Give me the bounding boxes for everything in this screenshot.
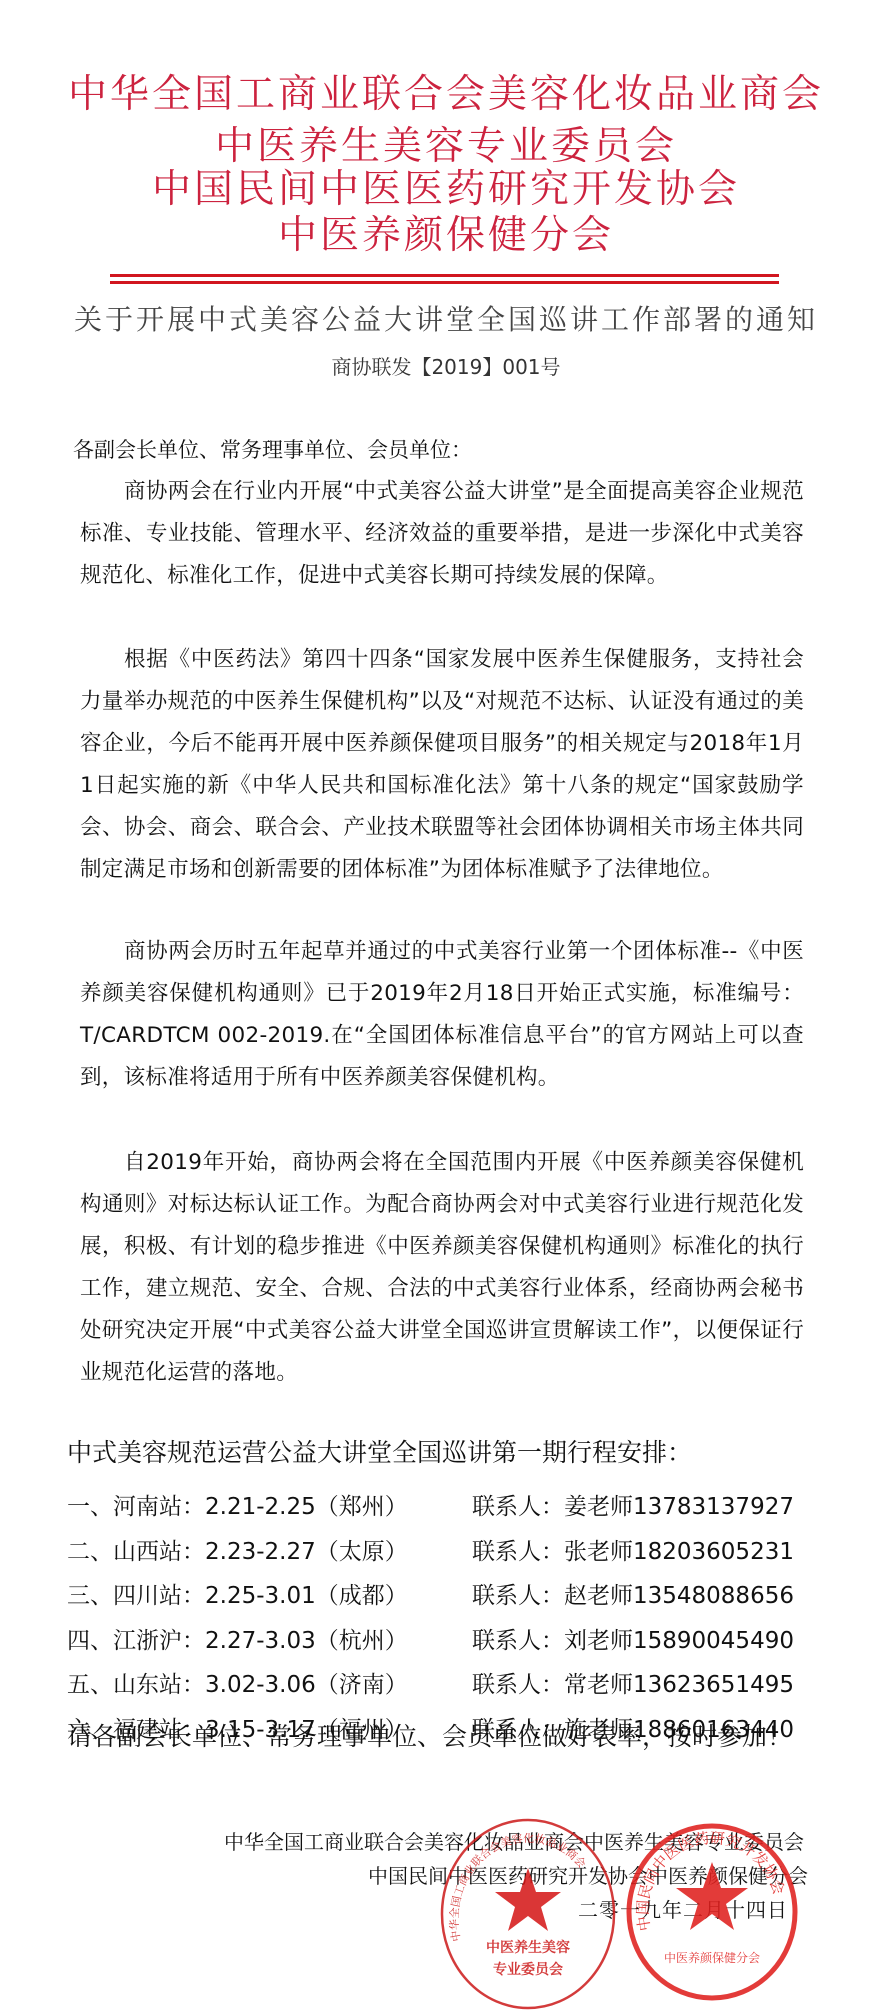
paragraph-text: 商协两会历时五年起草并通过的中式美容行业第一个团体标准--《中医养颜美容保健机构… [80,931,804,1099]
schedule-row: 二、山西站：2.23-2.27（太原） 联系人：张老师18203605231 [67,1535,847,1580]
station-info: 一、河南站：2.21-2.25（郑州） [67,1490,408,1524]
official-seal-1: 中华全国工商业联合会美容化妆品业商会 中医养生美容 专业委员会 [438,1816,618,2012]
schedule-list: 一、河南站：2.21-2.25（郑州） 联系人：姜老师13783137927 二… [67,1490,847,1757]
org-name-line-1: 中华全国工商业联合会美容化妆品业商会 [0,72,892,118]
org-name-line-3: 中国民间中医医药研究开发协会 [0,167,892,213]
body-paragraph-1: 商协两会在行业内开展“中式美容公益大讲堂”是全面提高美容企业规范标准、专业技能、… [80,471,804,597]
contact-info: 联系人：刘老师15890045490 [472,1624,794,1658]
station-info: 三、四川站：2.25-3.01（成都） [67,1579,408,1613]
contact-info: 联系人：姜老师13783137927 [472,1490,794,1524]
body-paragraph-4: 自2019年开始，商协两会将在全国范围内开展《中医养颜美容保健机构通则》对标达标… [80,1142,804,1394]
document-number: 商协联发【2019】001号 [0,352,892,382]
schedule-row: 三、四川站：2.25-3.01（成都） 联系人：赵老师13548088656 [67,1579,847,1624]
contact-info: 联系人：张老师18203605231 [472,1535,794,1569]
body-paragraph-2: 根据《中医药法》第四十四条“国家发展中医养生保健服务，支持社会力量举办规范的中医… [80,639,804,891]
station-info: 四、江浙沪：2.27-3.03（杭州） [67,1624,408,1658]
document-title: 关于开展中式美容公益大讲堂全国巡讲工作部署的通知 [0,300,892,340]
official-seal-2: 中国民间中医医药研究开发协会 中医养颜保健分会 [624,1822,800,2002]
seal-icon: 中国民间中医医药研究开发协会 中医养颜保健分会 [624,1822,800,2002]
station-info: 二、山西站：2.23-2.27（太原） [67,1535,408,1569]
red-rule-bottom [110,281,779,284]
schedule-row: 五、山东站：3.02-3.06（济南） 联系人：常老师13623651495 [67,1668,847,1713]
contact-info: 联系人：常老师13623651495 [472,1668,794,1702]
paragraph-text: 自2019年开始，商协两会将在全国范围内开展《中医养颜美容保健机构通则》对标达标… [80,1142,804,1394]
closing-statement: 请各副会长单位、常务理事单位、会员单位做好表率，按时参加！ [67,1720,792,1754]
contact-info: 联系人：赵老师13548088656 [472,1579,794,1613]
svg-text:专业委员会: 专业委员会 [493,1961,563,1978]
salutation: 各副会长单位、常务理事单位、会员单位： [73,436,472,464]
paragraph-text: 商协两会在行业内开展“中式美容公益大讲堂”是全面提高美容企业规范标准、专业技能、… [80,471,804,597]
svg-text:中医养颜保健分会: 中医养颜保健分会 [664,1950,760,1965]
schedule-row: 一、河南站：2.21-2.25（郑州） 联系人：姜老师13783137927 [67,1490,847,1535]
seal-icon: 中华全国工商业联合会美容化妆品业商会 中医养生美容 专业委员会 [438,1816,618,2012]
svg-text:中医养生美容: 中医养生美容 [486,1939,570,1956]
body-paragraph-3: 商协两会历时五年起草并通过的中式美容行业第一个团体标准--《中医养颜美容保健机构… [80,931,804,1099]
station-info: 五、山东站：3.02-3.06（济南） [67,1668,408,1702]
org-name-line-2: 中医养生美容专业委员会 [0,124,892,170]
red-rule-top [110,274,779,277]
schedule-row: 四、江浙沪：2.27-3.03（杭州） 联系人：刘老师15890045490 [67,1624,847,1669]
schedule-title: 中式美容规范运营公益大讲堂全国巡讲第一期行程安排： [67,1436,692,1470]
paragraph-text: 根据《中医药法》第四十四条“国家发展中医养生保健服务，支持社会力量举办规范的中医… [80,639,804,891]
org-name-line-4: 中医养颜保健分会 [0,213,892,259]
